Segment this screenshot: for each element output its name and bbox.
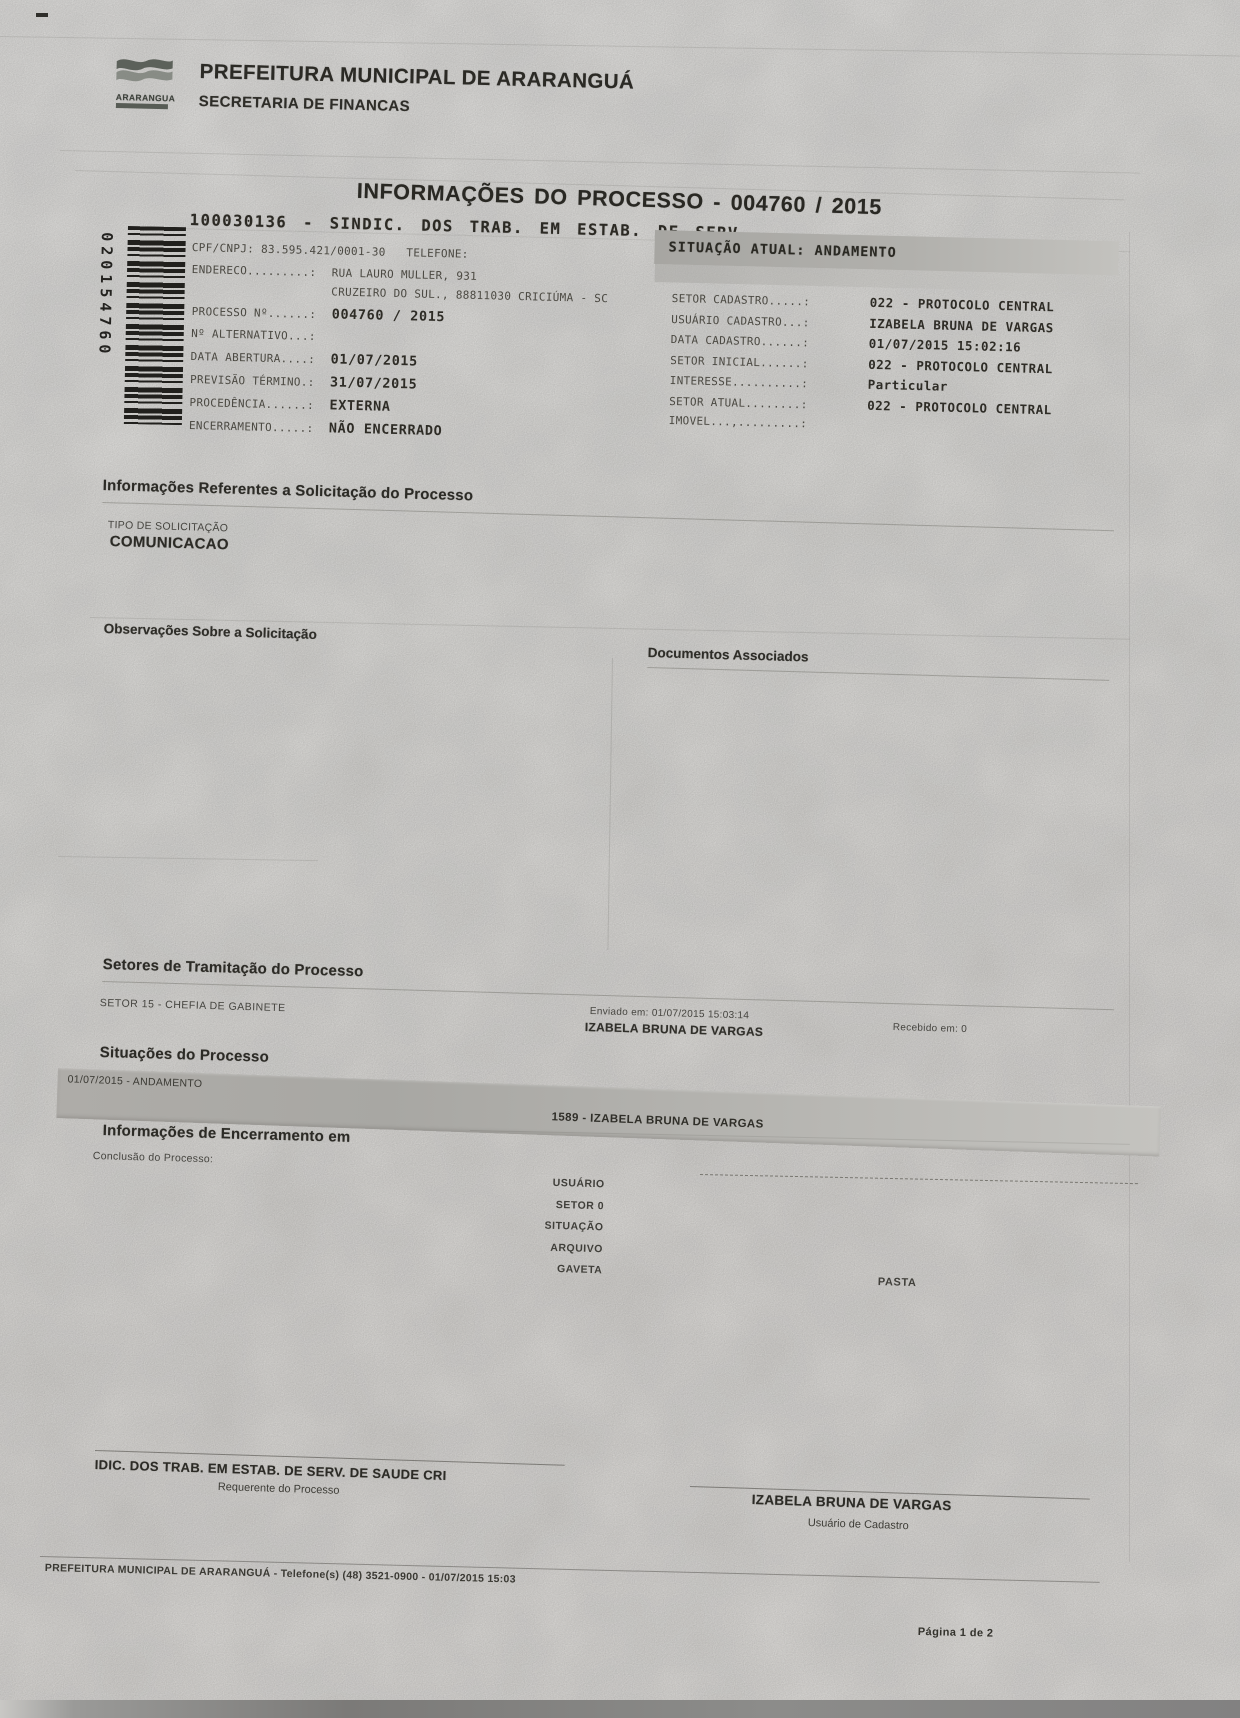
field-value: NÃO ENCERRADO <box>329 417 443 442</box>
tipo-solicitacao-value: COMUNICACAO <box>110 533 230 553</box>
field-value: Particular <box>867 375 948 396</box>
field-value: EXTERNA <box>329 394 391 417</box>
page-edge-line <box>1129 232 1130 1562</box>
situacao-fields: SETOR CADASTRO.....: 022 - PROTOCOLO CEN… <box>669 288 1055 440</box>
field-label: PROCEDÊNCIA......: <box>189 392 329 417</box>
field-label: ENCERRAMENTO.....: <box>189 415 329 440</box>
logo-caption: ARARANGUA <box>116 92 176 103</box>
scan-mark <box>36 13 48 17</box>
encerramento-labels: USUÁRIO SETOR 0 SITUAÇÃO ARQUIVO GAVETA <box>447 1170 605 1282</box>
enc-label-pasta: PASTA <box>878 1276 917 1289</box>
process-fields: PROCESSO Nº......: 004760 / 2015 Nº ALTE… <box>189 300 446 443</box>
field-label: Nº ALTERNATIVO...: <box>191 323 331 348</box>
recebido-em: Recebido em: 0 <box>893 1022 968 1035</box>
field-label: PREVISÃO TÉRMINO.: <box>190 369 330 394</box>
scanner-edge-strip <box>0 1700 1240 1718</box>
field-label: DATA ABERTURA....: <box>190 346 330 371</box>
section-title-text: Documentos Associados <box>648 645 809 664</box>
field-value: 01/07/2015 <box>330 348 418 372</box>
page-number: Página 1 de 2 <box>918 1626 994 1640</box>
field-value: 004760 / 2015 <box>331 303 445 328</box>
situacao-entry-user: 1589 - IZABELA BRUNA DE VARGAS <box>551 1111 764 1130</box>
barcode-icon <box>124 226 186 425</box>
address-label: ENDERECO.........: <box>192 260 332 282</box>
municipality-flag-logo-icon <box>113 52 176 90</box>
field-value: 31/07/2015 <box>330 371 418 395</box>
field-value: 01/07/2015 15:02:16 <box>868 334 1021 357</box>
enc-label-gaveta: GAVETA <box>447 1256 603 1282</box>
scanned-document-page: ARARANGUA PREFEITURA MUNICIPAL DE ARARAN… <box>0 0 1240 1718</box>
situacao-entry: 01/07/2015 - ANDAMENTO <box>67 1073 202 1090</box>
situacao-header-text: SITUAÇÃO ATUAL: ANDAMENTO <box>668 239 897 261</box>
